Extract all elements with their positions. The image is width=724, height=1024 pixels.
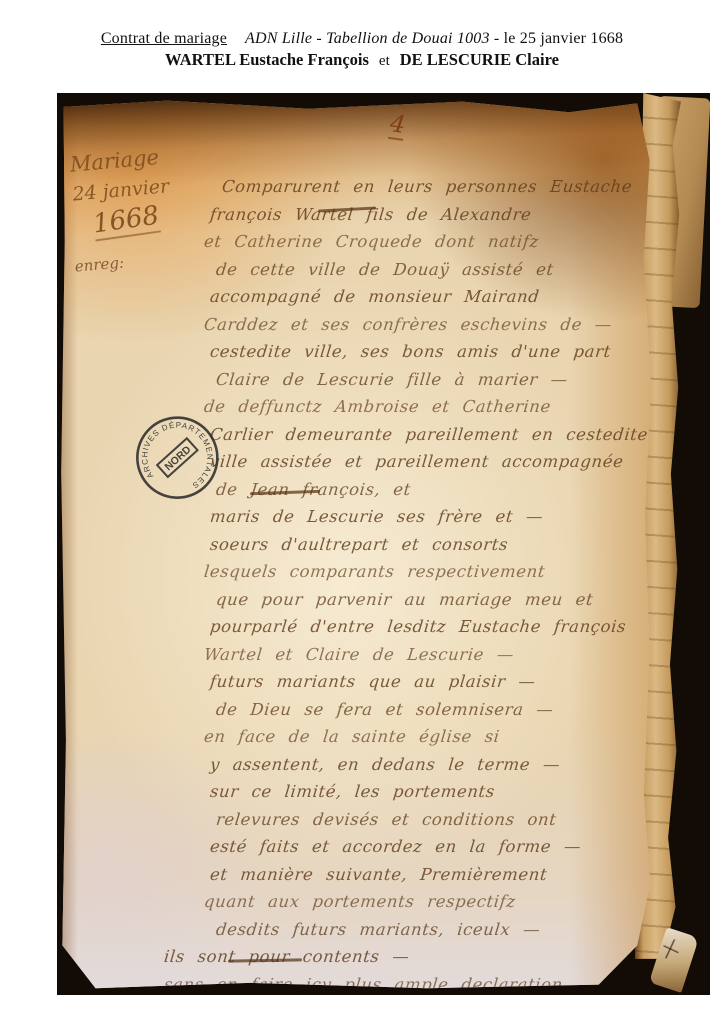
manuscript-line: lesquels comparants respectivement: [203, 558, 654, 586]
manuscript-photo: 4 Mariage 24 janvier 1668 enreg: Comparu…: [57, 93, 710, 995]
manuscript-line: Carlier demeurante pareillement en ceste…: [209, 421, 654, 449]
folded-corner-mark: [661, 938, 680, 960]
manuscript-line: que pour parvenir au mariage meu et: [215, 586, 654, 614]
manuscript-line: Carddez et ses confrères eschevins de —: [203, 311, 654, 339]
groom-name-label: WARTEL Eustache François: [165, 50, 369, 69]
caption-line-1: Contrat de mariageADN Lille - Tabellion …: [0, 30, 724, 48]
manuscript-line: esté faits et accordez en la forme —: [209, 833, 654, 861]
manuscript-line: ils sont pour contents —: [163, 943, 654, 971]
manuscript-line: Wartel et Claire de Lescurie —: [203, 641, 654, 669]
caption-header: Contrat de mariageADN Lille - Tabellion …: [0, 30, 724, 70]
manuscript-line: de deffunctz Ambroise et Catherine: [203, 393, 654, 421]
manuscript-line: françois Wartel fils de Alexandre: [209, 201, 654, 229]
manuscript-line: sans en faire icy plus ample declaration: [163, 971, 654, 996]
manuscript-line: et Catherine Croquede dont natifz: [203, 228, 654, 256]
manuscript-line: maris de Lescurie ses frère et —: [209, 503, 654, 531]
manuscript-line: sur ce limité, les portements: [209, 778, 654, 806]
manuscript-line: en face de la sainte église si: [203, 723, 654, 751]
manuscript-line: Claire de Lescurie fille à marier —: [215, 366, 654, 394]
bride-name-label: DE LESCURIE Claire: [400, 50, 559, 69]
document-type-label: Contrat de mariage: [101, 30, 227, 47]
manuscript-line: ville assistée et pareillement accompagn…: [209, 448, 654, 476]
manuscript-text-block: Comparurent en leurs personnes Eustachef…: [60, 173, 652, 995]
manuscript-line: y assentent, en dedans le terme —: [209, 751, 654, 779]
manuscript-line: desdits futurs mariants, iceulx —: [215, 916, 654, 944]
archive-source-label: ADN Lille - Tabellion de Douai 1003: [245, 30, 490, 47]
manuscript-line: de Jean françois, et: [215, 476, 654, 504]
manuscript-line: de Dieu se fera et solemnisera —: [215, 696, 654, 724]
manuscript-line: cestedite ville, ses bons amis d'une par…: [209, 338, 654, 366]
parchment-page: 4 Mariage 24 janvier 1668 enreg: Comparu…: [60, 98, 652, 990]
manuscript-line: de cette ville de Douaÿ assisté et: [215, 256, 654, 284]
manuscript-line: pourparlé d'entre lesditz Eustache franç…: [209, 613, 654, 641]
contract-date-label: - le 25 janvier 1668: [490, 30, 624, 47]
page-number: 4: [388, 109, 407, 141]
manuscript-line: futurs mariants que au plaisir —: [209, 668, 654, 696]
manuscript-line: quant aux portements respectifz: [203, 888, 654, 916]
conjunction-label: et: [369, 53, 400, 69]
manuscript-line: accompagné de monsieur Mairand: [209, 283, 654, 311]
caption-line-2: WARTEL Eustache FrançoisetDE LESCURIE Cl…: [0, 50, 724, 70]
margin-note-mariage: Mariage: [69, 140, 221, 177]
manuscript-line: soeurs d'aultrepart et consorts: [209, 531, 654, 559]
manuscript-line: relevures devisés et conditions ont: [215, 806, 654, 834]
manuscript-line: Comparurent en leurs personnes Eustache: [221, 173, 654, 201]
manuscript-line: et manière suivante, Premièrement: [209, 861, 654, 889]
